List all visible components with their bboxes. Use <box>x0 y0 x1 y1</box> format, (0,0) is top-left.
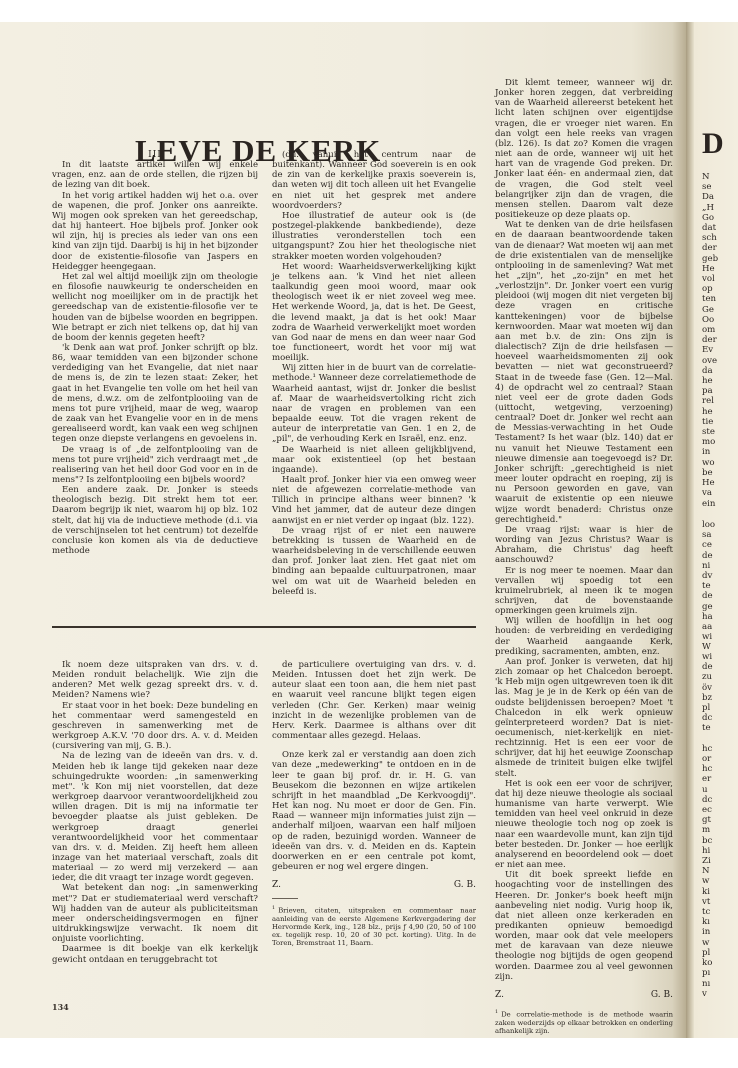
text-fragment: dv <box>702 571 715 581</box>
text-fragment: om <box>702 325 718 335</box>
text-fragment: der <box>702 335 718 345</box>
paragraph: Het zal wel altijd moeilijk zijn om theo… <box>52 272 258 343</box>
text-fragment: pı <box>702 968 713 978</box>
book-gutter <box>686 22 694 1038</box>
text-fragment: He <box>702 264 718 274</box>
text-fragment: pl <box>702 948 713 958</box>
next-page-edge: D NseDa„HGodatschdergebHevoloptenGeOoomd… <box>694 22 738 1038</box>
text-fragment: ha <box>702 612 715 622</box>
paragraph: Onze kerk zal er verstandig aan doen zic… <box>272 750 476 872</box>
column-1: III In dit laatste artikel willen wij en… <box>52 150 258 556</box>
text-fragment: in <box>702 927 713 937</box>
section-divider <box>52 626 476 628</box>
paragraph: Wat te denken van de drie heilsfasen en … <box>495 220 673 525</box>
paragraph: (d.i. vanuit het centrum naar de buitenk… <box>272 150 476 211</box>
text-fragment: ko <box>702 958 713 968</box>
text-fragment: dc <box>702 713 713 723</box>
text-fragment: or <box>702 754 713 764</box>
paragraph: Hoe illustratief de auteur ook is (de po… <box>272 211 476 262</box>
paragraph: In het vorig artikel hadden wij het o.a.… <box>52 191 258 272</box>
text-fragment: op <box>702 284 718 294</box>
text-fragment: se <box>702 182 718 192</box>
text-fragment: ki <box>702 887 713 897</box>
text-fragment: Zi <box>702 856 713 866</box>
text-fragment: de <box>702 662 713 672</box>
text-fragment: w <box>702 938 713 948</box>
text-fragment: he <box>702 407 718 417</box>
column-3-body: Ik noem deze uitspraken van drs. v. d. M… <box>52 660 258 965</box>
text-fragment: er <box>702 774 713 784</box>
column-4-body: de particuliere overtuiging van drs. v. … <box>272 660 476 872</box>
text-fragment: wi <box>702 652 713 662</box>
signature-place: Z. <box>272 880 281 890</box>
next-page-text-top: NseDa„HGodatschdergebHevoloptenGeOoomder… <box>702 172 718 509</box>
text-fragment: be <box>702 468 718 478</box>
text-fragment: der <box>702 243 718 253</box>
signature-initials: G. B. <box>651 990 673 1000</box>
text-fragment: he <box>702 376 718 386</box>
text-fragment: wi <box>702 632 715 642</box>
column-3: Ik noem deze uitspraken van drs. v. d. M… <box>52 660 258 965</box>
text-fragment: m <box>702 825 713 835</box>
text-fragment: bc <box>702 836 713 846</box>
text-fragment: hc <box>702 744 713 754</box>
text-fragment: ge <box>702 602 715 612</box>
column-4: de particuliere overtuiging van drs. v. … <box>272 660 476 948</box>
text-fragment: rel <box>702 396 718 406</box>
paragraph: Uit dit boek spreekt liefde en hoogachti… <box>495 870 673 982</box>
text-fragment: ste <box>702 427 718 437</box>
paragraph: De Waarheid is niet alleen gelijkblijven… <box>272 445 476 475</box>
text-fragment: pl <box>702 703 713 713</box>
text-fragment: wo <box>702 458 718 468</box>
text-fragment: nı <box>702 979 713 989</box>
text-fragment: geb <box>702 254 718 264</box>
footnote: 1Brieven, citaten, uitspraken en comment… <box>272 904 476 947</box>
section-number: III <box>52 150 258 160</box>
signature-initials: G. B. <box>454 880 476 890</box>
text-fragment: ein <box>702 499 718 509</box>
paragraph: Haalt prof. Jonker hier via een omweg we… <box>272 475 476 526</box>
next-page-text-bottom: widezuövbzpldcte hcorhcerudcecgtmbchiZiN… <box>702 652 713 999</box>
text-fragment: Go <box>702 213 718 223</box>
text-fragment: ec <box>702 805 713 815</box>
text-fragment: sch <box>702 233 718 243</box>
text-fragment: va <box>702 488 718 498</box>
text-fragment: ni <box>702 561 715 571</box>
text-fragment: mo <box>702 437 718 447</box>
signature-line: Z. G. B. <box>272 880 476 890</box>
paragraph: Na de lezing van de ideeën van drs. v. d… <box>52 751 258 883</box>
paragraph: Ik noem deze uitspraken van drs. v. d. M… <box>52 660 258 701</box>
paragraph: Een andere zaak. Dr. Jonker is steeds th… <box>52 485 258 556</box>
footnote-rule <box>272 898 298 899</box>
text-fragment: ove <box>702 356 718 366</box>
text-fragment: de <box>702 551 715 561</box>
text-fragment: sa <box>702 530 715 540</box>
signature-line: Z. G. B. <box>495 990 673 1000</box>
text-fragment: Da <box>702 192 718 202</box>
text-fragment: te <box>702 581 715 591</box>
text-fragment <box>702 734 713 744</box>
page-number: 134 <box>52 1002 69 1012</box>
paragraph: Het woord: Waarheidsverwerkelijking kijk… <box>272 262 476 364</box>
text-fragment: bz <box>702 693 713 703</box>
column-1-body: In dit laatste artikel willen wij enkele… <box>52 160 258 556</box>
text-fragment: öv <box>702 683 713 693</box>
text-fragment: u <box>702 785 713 795</box>
paragraph: de particuliere overtuiging van drs. v. … <box>272 660 476 741</box>
footnote-mark: 1 <box>495 1009 498 1015</box>
text-fragment: hc <box>702 764 713 774</box>
text-fragment: ten <box>702 294 718 304</box>
paragraph: Aan prof. Jonker is verweten, dat hij zi… <box>495 657 673 779</box>
text-fragment: de <box>702 591 715 601</box>
text-fragment: tie <box>702 417 718 427</box>
text-fragment: vt <box>702 897 713 907</box>
text-fragment: v <box>702 989 713 999</box>
column-2: (d.i. vanuit het centrum naar de buitenk… <box>272 150 476 597</box>
paragraph: In dit laatste artikel willen wij enkele… <box>52 160 258 190</box>
text-fragment: Oo <box>702 315 718 325</box>
text-fragment: hi <box>702 846 713 856</box>
text-fragment: in <box>702 447 718 457</box>
text-fragment: te <box>702 723 713 733</box>
column-5: Dit klemt temeer, wanneer wij dr. Jonker… <box>495 78 673 1035</box>
paragraph: Wij zitten hier in de buurt van de corre… <box>272 363 476 444</box>
footnote-text: De correlatie-methode is de methode waar… <box>495 1010 673 1034</box>
text-fragment: w <box>702 876 713 886</box>
paragraph: Wij willen de hoofdlijn in het oog houde… <box>495 616 673 657</box>
next-page-text-middle: loosacedenidvtedegehaaawiW <box>702 520 715 653</box>
next-page-title-fragment: D <box>702 127 724 161</box>
footnote: 1De correlatie-methode is de methode waa… <box>495 1008 673 1035</box>
paragraph: Het is ook een eer voor de schrijver, da… <box>495 779 673 870</box>
column-2-body: (d.i. vanuit het centrum naar de buitenk… <box>272 150 476 597</box>
text-fragment: N <box>702 172 718 182</box>
text-fragment: vol <box>702 274 718 284</box>
text-fragment: Ge <box>702 305 718 315</box>
paragraph: 'k Denk aan wat prof. Jonker schrijft op… <box>52 343 258 445</box>
paragraph: Er staat voor in het boek: Deze bundelin… <box>52 701 258 752</box>
text-fragment: kı <box>702 917 713 927</box>
text-fragment: zu <box>702 672 713 682</box>
footnote-mark: 1 <box>272 905 275 911</box>
paragraph: De vraag rijst: waar is hier de wording … <box>495 525 673 566</box>
footnote-text: Brieven, citaten, uitspraken en commenta… <box>272 907 476 948</box>
text-fragment: gt <box>702 815 713 825</box>
text-fragment: tc <box>702 907 713 917</box>
text-fragment: aa <box>702 622 715 632</box>
paragraph: Daarmee is dit boekje van elk kerkelijk … <box>52 944 258 964</box>
text-fragment: dc <box>702 795 713 805</box>
text-fragment: loo <box>702 520 715 530</box>
paragraph: De vraag is of „de zelfontplooiing van d… <box>52 445 258 486</box>
paragraph: Er is nog meer te noemen. Maar dan verva… <box>495 566 673 617</box>
text-fragment: ce <box>702 540 715 550</box>
paragraph: Wat betekent dan nog: „in samenwerking m… <box>52 883 258 944</box>
signature-place: Z. <box>495 990 504 1000</box>
text-fragment: N <box>702 866 713 876</box>
text-fragment: Ev <box>702 345 718 355</box>
text-fragment: He <box>702 478 718 488</box>
text-fragment: pa <box>702 386 718 396</box>
text-fragment: „H <box>702 203 718 213</box>
paragraph: De vraag rijst of er niet een nauwere be… <box>272 526 476 597</box>
text-fragment: da <box>702 366 718 376</box>
paragraph: Dit klemt temeer, wanneer wij dr. Jonker… <box>495 78 673 220</box>
column-5-body: Dit klemt temeer, wanneer wij dr. Jonker… <box>495 78 673 982</box>
text-fragment: dat <box>702 223 718 233</box>
